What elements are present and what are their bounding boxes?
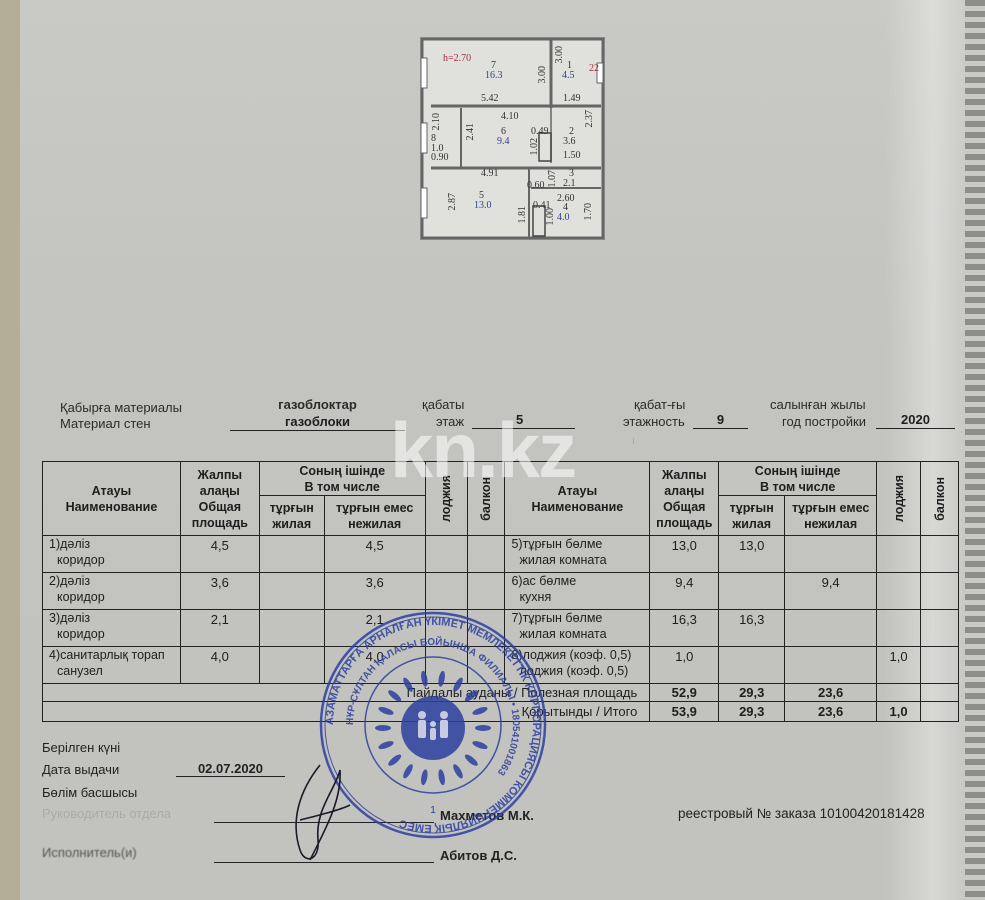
room-area: 13.0 <box>474 200 492 211</box>
room-living <box>259 647 324 684</box>
year-label-kz: салынған жылы <box>770 397 866 413</box>
header-including-right: Соның ішіндеВ том числе <box>719 462 877 496</box>
header-loggia-right: лоджия <box>877 462 921 536</box>
room-area: 3.6 <box>563 136 576 147</box>
room-loggia <box>877 536 921 573</box>
room-total: 3,6 <box>180 573 259 610</box>
dimension: 1.02 <box>529 138 540 156</box>
room-living <box>259 573 324 610</box>
room-nonliving <box>785 610 877 647</box>
grand-balcony <box>921 702 959 722</box>
room-living <box>259 536 324 573</box>
room-name: 3)дəлізкоридор <box>43 610 181 647</box>
year-label-ru: год постройки <box>782 414 866 430</box>
issued-date: 02.07.2020 <box>176 761 285 777</box>
useful-loggia <box>877 684 921 702</box>
plan-marker: 22 <box>589 63 599 74</box>
room-name-kz: 6)ас бөлме <box>511 574 576 588</box>
dimension: 1.50 <box>563 150 581 161</box>
wall-material-value-kz: газоблоктар <box>230 397 405 413</box>
room-nonliving: 4,5 <box>324 536 425 573</box>
room-name-ru: кухня <box>511 589 649 605</box>
executor-name: Абитов Д.С. <box>440 848 517 863</box>
room-nonliving: 9,4 <box>785 573 877 610</box>
dimension: 1.49 <box>563 93 581 104</box>
room-living <box>719 647 785 684</box>
room-living: 16,3 <box>719 610 785 647</box>
room-name-ru: жилая комната <box>511 552 649 568</box>
wall-material-value-ru: газоблоки <box>230 414 405 431</box>
room-name-kz: 3)дəліз <box>49 611 90 625</box>
grand-nonliving: 23,6 <box>785 702 877 722</box>
dimension: 0.60 <box>527 180 545 191</box>
dimension: 3.00 <box>554 46 565 64</box>
floors-total-label-kz: қабат-ғы <box>634 397 685 413</box>
room-total: 13,0 <box>650 536 719 573</box>
table-row: 2)дəлізкоридор3,63,66)ас бөлмекухня9,49,… <box>43 573 959 610</box>
grand-total: 53,9 <box>650 702 719 722</box>
dimension: 2.60 <box>557 193 575 204</box>
stray-mark: ı <box>632 435 635 447</box>
room-area: 9.4 <box>497 136 510 147</box>
useful-total: 52,9 <box>650 684 719 702</box>
dimension: 4.10 <box>501 111 519 122</box>
room-balcony <box>921 536 959 573</box>
room-total: 2,1 <box>180 610 259 647</box>
header-total-right: ЖалпыалаңыОбщаяплощадь <box>650 462 719 536</box>
grand-loggia: 1,0 <box>877 702 921 722</box>
dimension: 1.81 <box>517 206 528 224</box>
room-total: 9,4 <box>650 573 719 610</box>
useful-balcony <box>921 684 959 702</box>
room-nonliving: 3,6 <box>324 573 425 610</box>
room-name: 1)дəлізкоридор <box>43 536 181 573</box>
header-living-left: тұрғынжилая <box>259 496 324 536</box>
room-name-ru: коридор <box>49 552 180 568</box>
room-total: 1,0 <box>650 647 719 684</box>
room-total: 4,5 <box>180 536 259 573</box>
room-loggia <box>877 573 921 610</box>
room-area: 4.5 <box>562 70 575 81</box>
background-edge <box>0 0 22 900</box>
dimension: 2.37 <box>584 110 595 128</box>
wall-material-label: Қабырға материалы Материал стен <box>60 400 182 432</box>
issued-label-ru: Дата выдачи <box>42 762 119 777</box>
floors-total-value: 9 <box>693 412 748 429</box>
room-balcony <box>921 573 959 610</box>
room-area: 4.0 <box>557 212 570 223</box>
year-value: 2020 <box>876 412 955 429</box>
header-nonliving-right: тұрғын емеснежилая <box>785 496 877 536</box>
room-area: 16.3 <box>485 70 503 81</box>
header-name-left: АтауыНаименование <box>43 462 181 536</box>
dimension: 2.10 <box>431 113 442 131</box>
dimension: 1.70 <box>583 203 594 221</box>
room-name-ru: коридор <box>49 626 180 642</box>
watermark: kn.kz <box>390 405 575 496</box>
stamp-number: 1 <box>430 805 436 816</box>
room-total: 16,3 <box>650 610 719 647</box>
head-label-kz: Бөлім басшысы <box>42 785 137 800</box>
room-name-kz: 2)дəліз <box>49 574 90 588</box>
room-name: 4)санитарлық торапсанузел <box>43 647 181 684</box>
order-number: реестровый № заказа 10100420181428 <box>678 806 925 821</box>
signature <box>280 760 360 870</box>
useful-nonliving: 23,6 <box>785 684 877 702</box>
table-row: 1)дəлізкоридор4,54,55)тұрғын бөлмежилая … <box>43 536 959 573</box>
executor-label: Исполнитель(и) <box>42 845 137 860</box>
room-name-ru: санузел <box>49 663 180 679</box>
room-name-ru: коридор <box>49 589 180 605</box>
dimension: 4.91 <box>481 168 499 179</box>
useful-living: 29,3 <box>719 684 785 702</box>
header-balcony-right: балкон <box>921 462 959 536</box>
header-living-right: тұрғынжилая <box>719 496 785 536</box>
room-nonliving <box>785 647 877 684</box>
header-nonliving-left: тұрғын емеснежилая <box>324 496 425 536</box>
ceiling-height: h=2.70 <box>443 53 471 64</box>
room-balcony <box>467 536 505 573</box>
room-loggia <box>425 536 467 573</box>
dimension: 2.87 <box>447 193 458 211</box>
dimension: 0.49 <box>531 126 549 137</box>
room-name: 6)ас бөлмекухня <box>505 573 650 610</box>
room-area: 2.1 <box>563 178 576 189</box>
wall-material-label-kz: Қабырға материалы <box>60 400 182 416</box>
issued-label-kz: Берілген күні <box>42 740 120 755</box>
room-nonliving <box>785 536 877 573</box>
room-loggia <box>877 610 921 647</box>
room-living <box>259 610 324 647</box>
dimension: 2.41 <box>465 123 476 141</box>
header-total-left: ЖалпыалаңыОбщаяплощадь <box>180 462 259 536</box>
room-living <box>719 573 785 610</box>
room-name-kz: 1)дəліз <box>49 537 90 551</box>
sleeve-binding-edge <box>965 0 985 900</box>
room-name: 2)дəлізкоридор <box>43 573 181 610</box>
dimension: 5.42 <box>481 93 499 104</box>
floors-total-label-ru: этажность <box>623 414 685 430</box>
grand-living: 29,3 <box>719 702 785 722</box>
room-loggia <box>425 573 467 610</box>
room-name-kz: 5)тұрғын бөлме <box>511 537 602 551</box>
dimension: 0.90 <box>431 152 449 163</box>
head-label-ru: Руководитель отдела <box>42 806 171 821</box>
plastic-sleeve-sheen <box>885 0 965 900</box>
room-balcony <box>921 647 959 684</box>
wall-material-label-ru: Материал стен <box>60 416 182 432</box>
room-balcony <box>467 573 505 610</box>
room-living: 13,0 <box>719 536 785 573</box>
room-loggia: 1,0 <box>877 647 921 684</box>
floor-plan: h=2.70 22 7 16.3 1 4.5 6 9.4 2 3.6 3 2.1… <box>420 37 605 240</box>
room-name-kz: 4)санитарлық торап <box>49 648 165 662</box>
room-total: 4,0 <box>180 647 259 684</box>
room-name: 5)тұрғын бөлмежилая комната <box>505 536 650 573</box>
dimension: 3.00 <box>537 66 548 84</box>
room-balcony <box>921 610 959 647</box>
dimension: 1.07 <box>547 170 558 188</box>
dimension: 1.00 <box>545 208 556 226</box>
